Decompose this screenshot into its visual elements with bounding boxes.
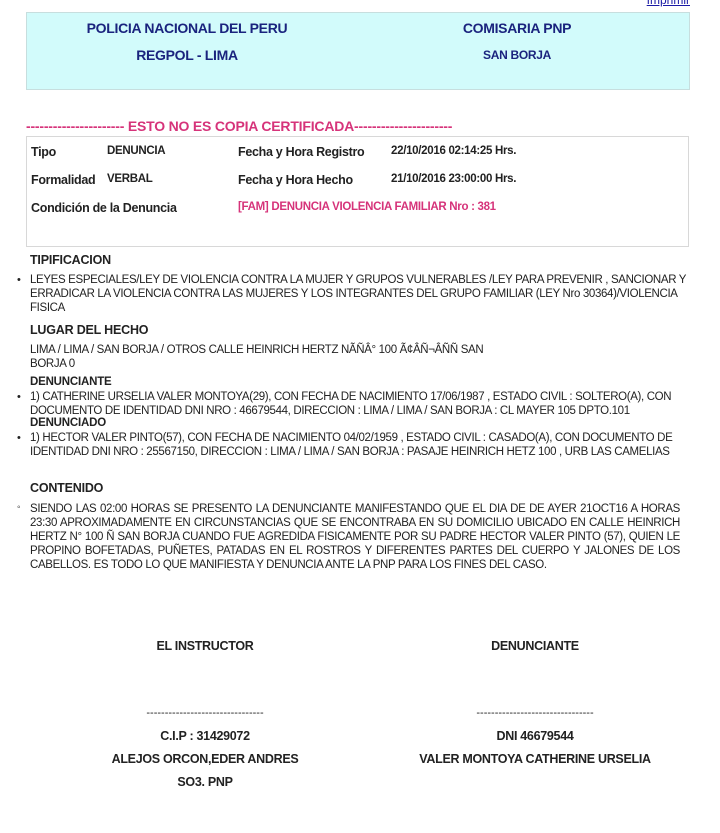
not-certified-banner: ---------------------- ESTO NO ES COPIA … <box>26 118 586 134</box>
contenido-item: SIENDO LAS 02:00 HORAS SE PRESENTO LA DE… <box>30 502 680 572</box>
lugar-text: LIMA / LIMA / SAN BORJA / OTROS CALLE HE… <box>30 343 520 371</box>
tipificacion-item: LEYES ESPECIALES/LEY DE VIOLENCIA CONTRA… <box>30 273 690 315</box>
bullet-circle-icon: ◦ <box>17 502 21 513</box>
tipo-label: Tipo <box>31 145 56 159</box>
institution-title: POLICIA NACIONAL DEL PERU <box>27 20 347 36</box>
instructor-rank: SO3. PNP <box>100 775 310 789</box>
registro-label: Fecha y Hora Registro <box>238 145 364 159</box>
bullet-disc-icon: • <box>17 432 21 444</box>
instructor-role: EL INSTRUCTOR <box>100 639 310 653</box>
condicion-value: [FAM] DENUNCIA VIOLENCIA FAMILIAR Nro : … <box>238 201 496 213</box>
bullet-disc-icon: • <box>17 274 21 286</box>
denunciante-name: VALER MONTOYA CATHERINE URSELIA <box>400 752 670 766</box>
region-subtitle: REGPOL - LIMA <box>27 47 347 63</box>
instructor-signature-line: -------------------------------- <box>100 707 310 719</box>
denunciante-signature-line: -------------------------------- <box>400 707 670 719</box>
hecho-label: Fecha y Hora Hecho <box>238 173 353 187</box>
lugar-title: LUGAR DEL HECHO <box>30 323 148 337</box>
denunciante-item: 1) CATHERINE URSELIA VALER MONTOYA(29), … <box>30 390 690 418</box>
denunciante-title: DENUNCIANTE <box>30 376 112 388</box>
station-title: COMISARIA PNP <box>407 20 627 36</box>
complaint-info-box: Tipo DENUNCIA Fecha y Hora Registro 22/1… <box>26 136 689 247</box>
contenido-title: CONTENIDO <box>30 481 103 495</box>
instructor-name: ALEJOS ORCON,EDER ANDRES <box>100 752 310 766</box>
hecho-value: 21/10/2016 23:00:00 Hrs. <box>391 173 516 185</box>
denunciante-dni: DNI 46679544 <box>400 729 670 743</box>
denunciante-role: DENUNCIANTE <box>400 639 670 653</box>
condicion-label: Condición de la Denuncia <box>31 201 177 215</box>
denunciado-item: 1) HECTOR VALER PINTO(57), CON FECHA DE … <box>30 431 690 459</box>
station-subtitle: SAN BORJA <box>407 48 627 62</box>
header-box: POLICIA NACIONAL DEL PERU REGPOL - LIMA … <box>26 12 690 90</box>
registro-value: 22/10/2016 02:14:25 Hrs. <box>391 145 516 157</box>
bullet-disc-icon: • <box>17 391 21 403</box>
tipo-value: DENUNCIA <box>107 145 165 157</box>
tipificacion-title: TIPIFICACION <box>30 253 111 267</box>
instructor-cip: C.I.P : 31429072 <box>100 729 310 743</box>
print-link[interactable]: Imprimir <box>647 0 690 7</box>
formalidad-value: VERBAL <box>107 173 152 185</box>
denunciado-title: DENUNCIADO <box>30 417 106 429</box>
formalidad-label: Formalidad <box>31 173 95 187</box>
